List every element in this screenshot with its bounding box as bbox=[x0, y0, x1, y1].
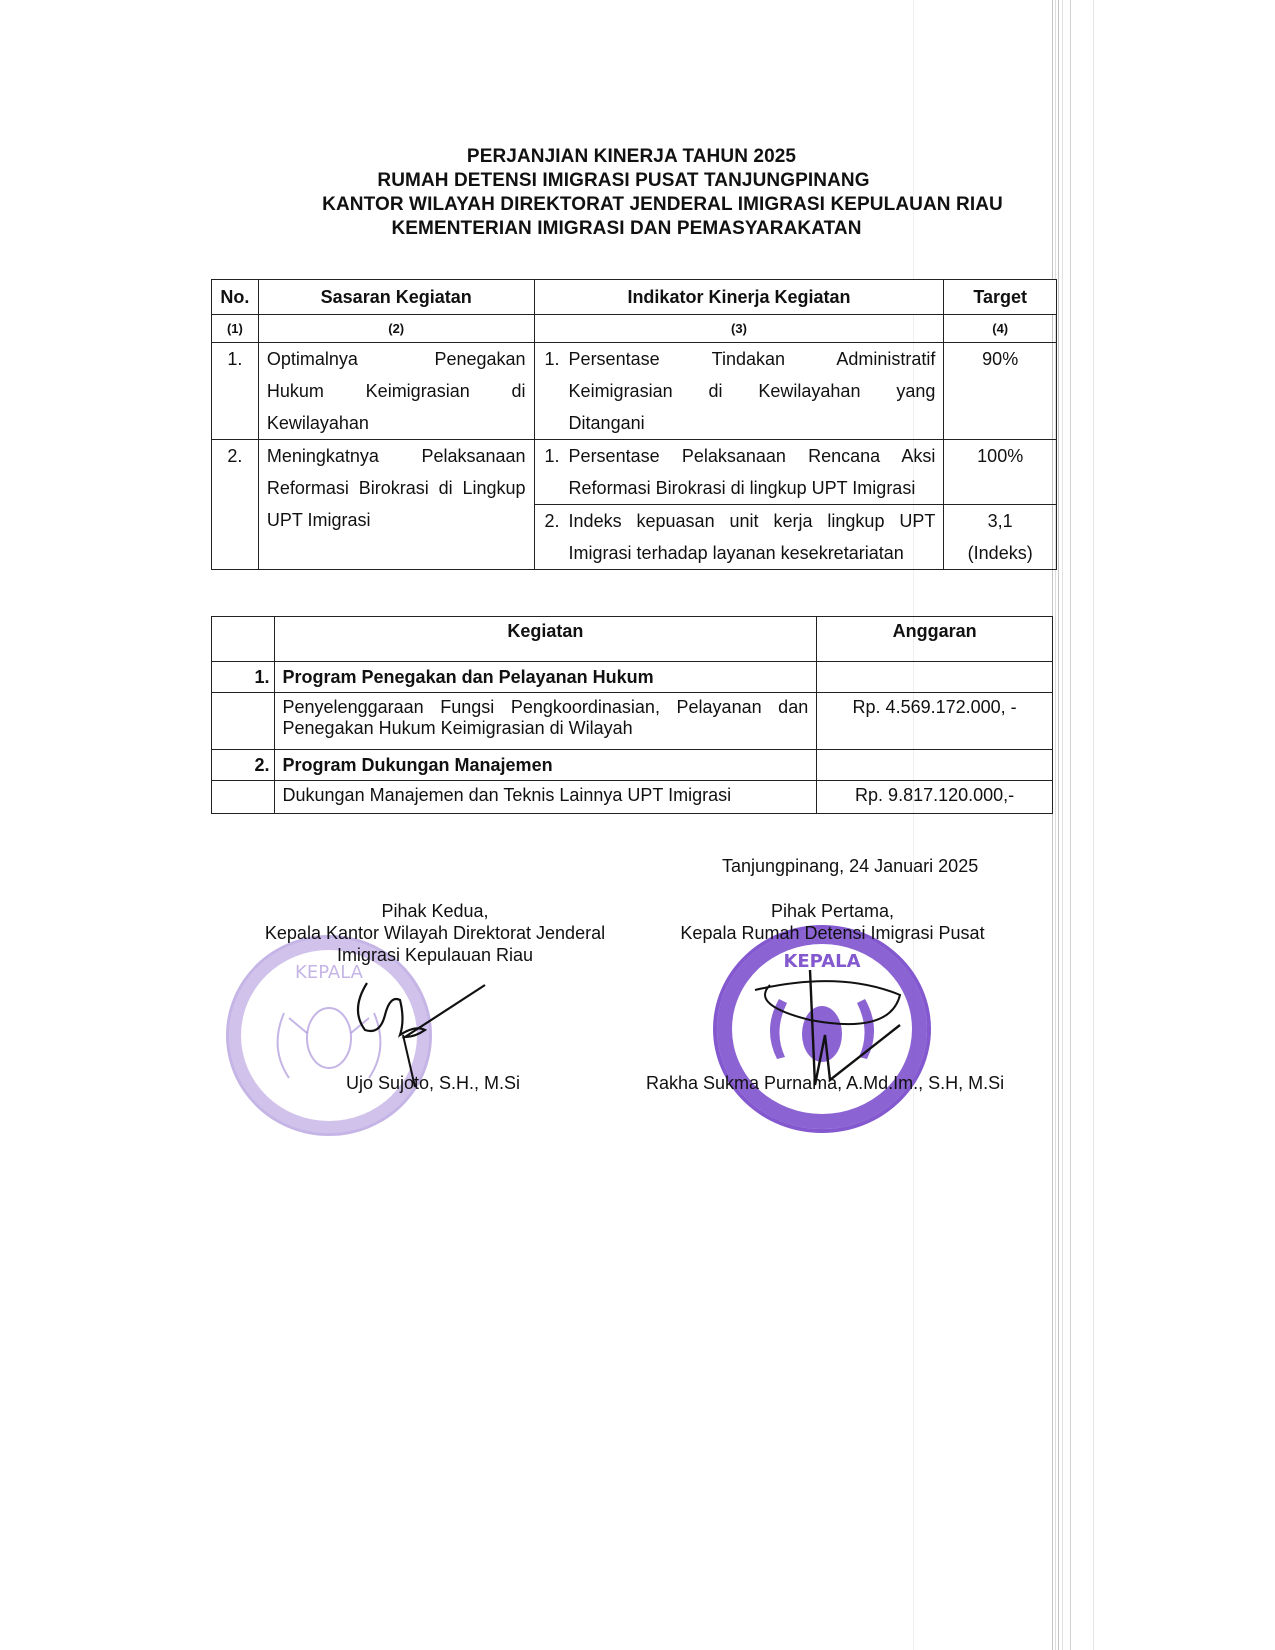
row-target: 90% bbox=[944, 343, 1057, 440]
indicator-item: 1. Persentase Pelaksanaan Rencana Aksi R… bbox=[535, 440, 944, 504]
party-label: Pihak Pertama, bbox=[660, 900, 1005, 922]
indicator-line: Indeks kepuasan unit kerja lingkup UPT bbox=[569, 505, 936, 537]
program-row: 2. Program Dukungan Manajemen bbox=[212, 750, 1053, 781]
program-no: 2. bbox=[212, 750, 275, 781]
party-title: Imigrasi Kepulauan Riau bbox=[240, 944, 630, 966]
scan-edge-line bbox=[1070, 0, 1071, 1650]
program-budget-empty bbox=[817, 662, 1053, 693]
document-title: PERJANJIAN KINERJA TAHUN 2025 RUMAH DETE… bbox=[0, 145, 1275, 241]
indicator-line: Persentase Pelaksanaan Rencana Aksi bbox=[569, 440, 936, 472]
column-number-row: (1) (2) (3) (4) bbox=[212, 315, 1057, 343]
budget-header-kegiatan: Kegiatan bbox=[274, 617, 817, 662]
scan-edge-line bbox=[1052, 0, 1053, 1650]
program-row: 1. Program Penegakan dan Pelayanan Hukum bbox=[212, 662, 1053, 693]
header-indikator: Indikator Kinerja Kegiatan bbox=[534, 280, 944, 315]
indicator-number: 2. bbox=[545, 505, 569, 569]
budget-header-row: Kegiatan Anggaran bbox=[212, 617, 1053, 662]
activity-row: Dukungan Manajemen dan Teknis Lainnya UP… bbox=[212, 781, 1053, 814]
header-sasaran: Sasaran Kegiatan bbox=[258, 280, 534, 315]
activity-budget: Rp. 9.817.120.000,- bbox=[817, 781, 1053, 814]
activity-no-empty bbox=[212, 781, 275, 814]
sasaran-line: Kewilayahan bbox=[259, 407, 534, 439]
row-no: 1. bbox=[212, 343, 259, 440]
sasaran-line: Reformasi Birokrasi di Lingkup bbox=[259, 472, 534, 504]
table-row: 1. Optimalnya Penegakan Hukum Keimigrasi… bbox=[212, 343, 1057, 440]
target-unit: (Indeks) bbox=[944, 537, 1056, 569]
colnum-1: (1) bbox=[212, 315, 259, 343]
row-target: 100% bbox=[944, 440, 1057, 505]
budget-header-anggaran: Anggaran bbox=[817, 617, 1053, 662]
indicator-item: 2. Indeks kepuasan unit kerja lingkup UP… bbox=[535, 505, 944, 569]
header-target: Target bbox=[944, 280, 1057, 315]
row-no: 2. bbox=[212, 440, 259, 570]
title-line-3: KANTOR WILAYAH DIREKTORAT JENDERAL IMIGR… bbox=[50, 193, 1275, 217]
scan-edge-line bbox=[913, 0, 914, 1650]
colnum-2: (2) bbox=[258, 315, 534, 343]
activity-row: Penyelenggaraan Fungsi Pengkoordinasian,… bbox=[212, 693, 1053, 750]
indicator-line: Reformasi Birokrasi di lingkup UPT Imigr… bbox=[569, 472, 936, 504]
indicator-number: 1. bbox=[545, 440, 569, 504]
program-budget-empty bbox=[817, 750, 1053, 781]
row-target: 3,1 (Indeks) bbox=[944, 505, 1057, 570]
sasaran-line: Hukum Keimigrasian di bbox=[259, 375, 534, 407]
signatory-name: Rakha Sukma Purnama, A.Md.Im., S.H, M.Si bbox=[646, 1072, 1004, 1094]
party-title: Kepala Rumah Detensi Imigrasi Pusat bbox=[660, 922, 1005, 944]
indicator-item: 1. Persentase Tindakan Administratif Kei… bbox=[535, 343, 944, 439]
scan-edge-line bbox=[1062, 0, 1063, 1650]
activity-no-empty bbox=[212, 693, 275, 750]
scan-edge-line bbox=[1093, 0, 1094, 1650]
sasaran-line: Meningkatnya Pelaksanaan bbox=[259, 440, 534, 472]
scan-edge-line bbox=[1055, 0, 1056, 1650]
indicator-line: Ditangani bbox=[569, 407, 936, 439]
sasaran-line: Optimalnya Penegakan bbox=[259, 343, 534, 375]
program-name: Program Dukungan Manajemen bbox=[274, 750, 817, 781]
indicator-line: Imigrasi terhadap layanan kesekretariata… bbox=[569, 537, 936, 569]
program-no: 1. bbox=[212, 662, 275, 693]
colnum-4: (4) bbox=[944, 315, 1057, 343]
signature-block-second-party: Pihak Kedua, Kepala Kantor Wilayah Direk… bbox=[240, 900, 630, 966]
row-sasaran: Optimalnya Penegakan Hukum Keimigrasian … bbox=[258, 343, 534, 440]
scan-edge-line bbox=[1058, 0, 1059, 1650]
party-title: Kepala Kantor Wilayah Direktorat Jendera… bbox=[240, 922, 630, 944]
row-indikator: 2. Indeks kepuasan unit kerja lingkup UP… bbox=[534, 505, 944, 570]
activity-name: Penyelenggaraan Fungsi Pengkoordinasian,… bbox=[274, 693, 817, 750]
indicator-line: Persentase Tindakan Administratif bbox=[569, 343, 936, 375]
place-date: Tanjungpinang, 24 Januari 2025 bbox=[722, 856, 978, 877]
row-sasaran: Meningkatnya Pelaksanaan Reformasi Birok… bbox=[258, 440, 534, 570]
table-header-row: No. Sasaran Kegiatan Indikator Kinerja K… bbox=[212, 280, 1057, 315]
title-line-2: RUMAH DETENSI IMIGRASI PUSAT TANJUNGPINA… bbox=[0, 169, 1275, 193]
activity-budget: Rp. 4.569.172.000, - bbox=[817, 693, 1053, 750]
colnum-3: (3) bbox=[534, 315, 944, 343]
sasaran-line: UPT Imigrasi bbox=[259, 504, 534, 536]
program-name: Program Penegakan dan Pelayanan Hukum bbox=[274, 662, 817, 693]
signature-block-first-party: Pihak Pertama, Kepala Rumah Detensi Imig… bbox=[660, 900, 1005, 944]
budget-table: Kegiatan Anggaran 1. Program Penegakan d… bbox=[211, 616, 1053, 814]
table-row: 2. Meningkatnya Pelaksanaan Reformasi Bi… bbox=[212, 440, 1057, 505]
header-no: No. bbox=[212, 280, 259, 315]
row-indikator: 1. Persentase Pelaksanaan Rencana Aksi R… bbox=[534, 440, 944, 505]
title-line-1: PERJANJIAN KINERJA TAHUN 2025 bbox=[0, 145, 1275, 169]
budget-header-no bbox=[212, 617, 275, 662]
row-indikator: 1. Persentase Tindakan Administratif Kei… bbox=[534, 343, 944, 440]
target-value: 3,1 bbox=[944, 505, 1056, 537]
title-line-4: KEMENTERIAN IMIGRASI DAN PEMASYARAKATAN bbox=[0, 217, 1275, 241]
activity-name: Dukungan Manajemen dan Teknis Lainnya UP… bbox=[274, 781, 817, 814]
party-label: Pihak Kedua, bbox=[240, 900, 630, 922]
indicator-line: Keimigrasian di Kewilayahan yang bbox=[569, 375, 936, 407]
performance-table: No. Sasaran Kegiatan Indikator Kinerja K… bbox=[211, 279, 1057, 570]
indicator-number: 1. bbox=[545, 343, 569, 439]
signatory-name: Ujo Sujoto, S.H., M.Si bbox=[346, 1072, 520, 1094]
